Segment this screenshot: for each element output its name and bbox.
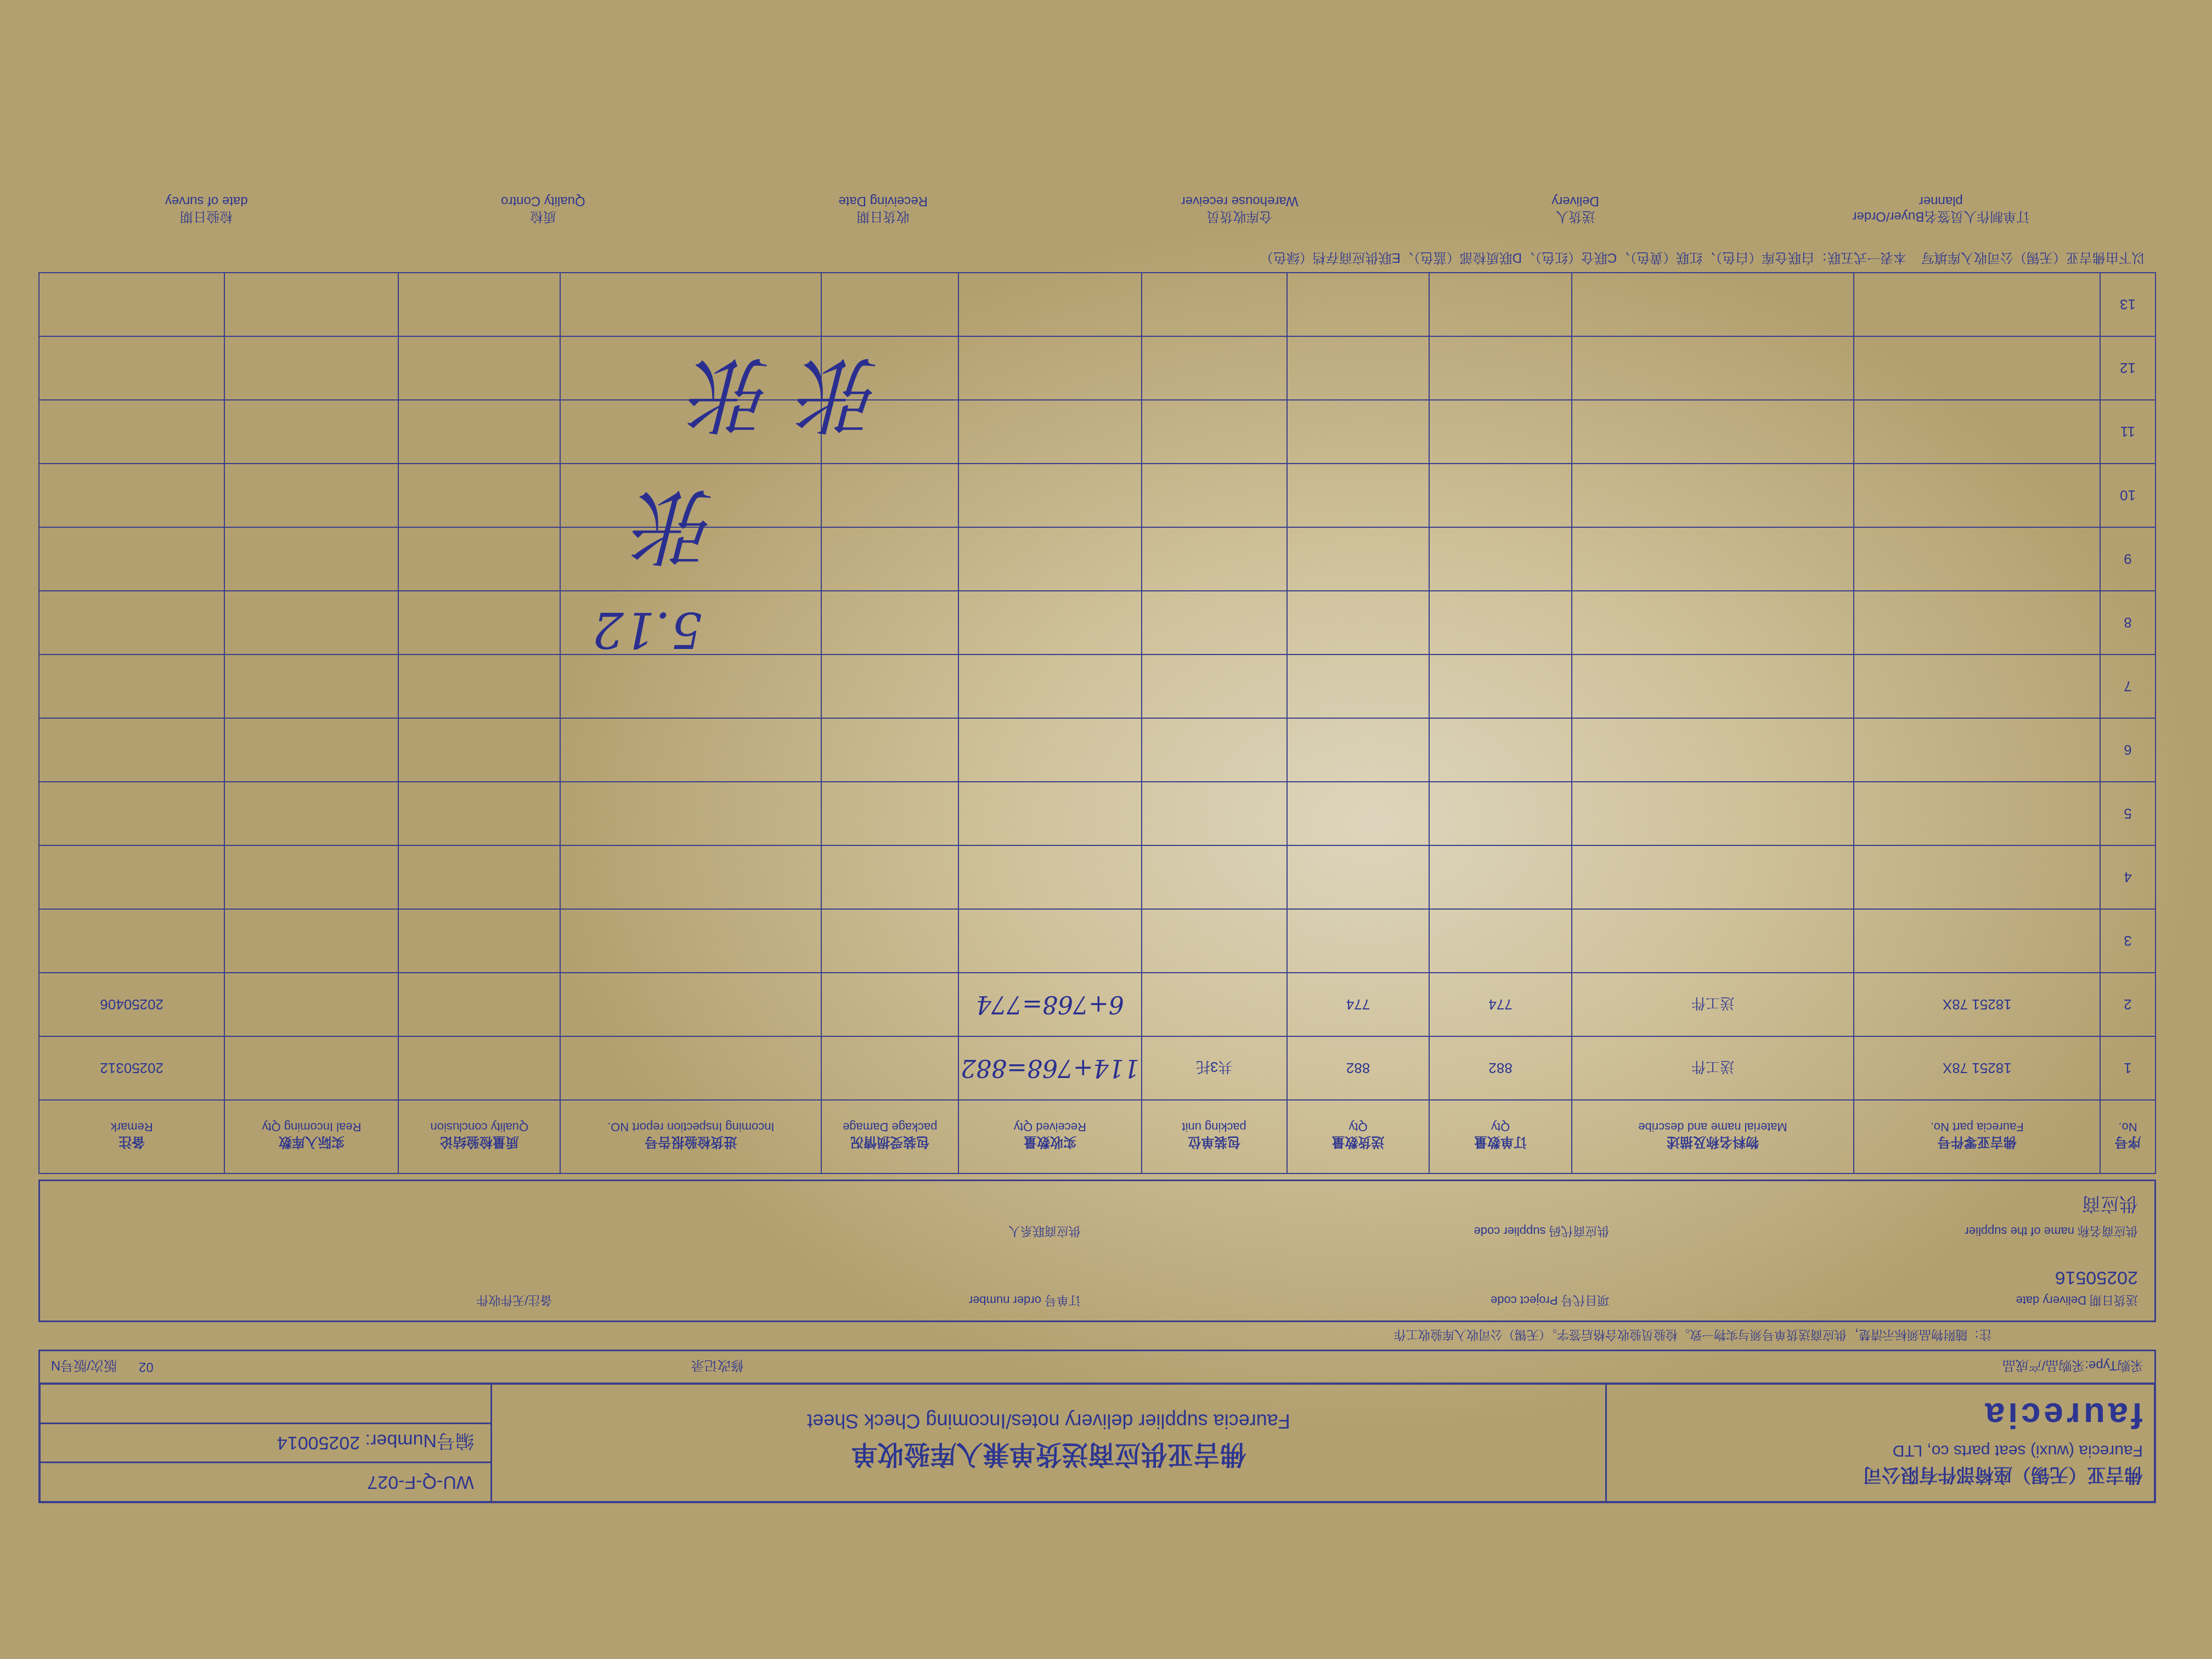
table-row: 8 [39,591,2155,654]
cell-packing [1142,845,1287,909]
column-cn: 包装单位 [1143,1135,1286,1154]
signature-field: 订单制作人员签名Buyer/Orderplanner [1852,193,2029,228]
column-cn: 进货检验报告号 [561,1135,820,1154]
form-note: 注：随附物品须标示清楚，供应商送货单号须与实物一致。检验员验收合格后签字。（无锡… [1394,1327,1991,1344]
table-header-row: 序号No.佛吉亚零件号Faurecia part No.物料名称及描述Mater… [39,1100,2155,1173]
order-number-field: 订单号 order number [569,1251,1098,1321]
cell-report [560,909,821,973]
form-reference: WU-Q-F-027 编号Number: 20250014 [41,1385,490,1501]
cell-delivery-qty [1287,527,1430,591]
table-row: 11 [39,400,2155,464]
cell-order-qty: 882 [1429,1036,1572,1100]
blank-ref [41,1385,490,1423]
column-header: 送货数量Qty [1287,1100,1430,1173]
table-row: 218251 78X送工件7747746+768=77420250406 [39,973,2155,1036]
cell-part [1854,718,2100,782]
cell-real-qty [224,400,398,464]
cell-order-qty [1429,782,1572,845]
cell-damage [821,718,958,782]
company-block: 佛吉亚（无锡）座椅部件有限公司 Faurecia (wuxi) seat par… [1605,1385,2154,1501]
version-value: 02 [128,1359,165,1375]
cell-delivery-qty: 882 [1287,1036,1430,1100]
cell-received [958,464,1141,527]
label: 供应商联系人 [585,1223,1081,1240]
cell-delivery-qty [1287,782,1430,845]
signature-row: 订单制作人员签名Buyer/Orderplanner送货人Delivery仓库收… [38,193,2156,228]
cell-real-qty [224,464,398,527]
column-en: No. [2118,1121,2137,1135]
cell-packing [1142,654,1287,718]
company-name-en: Faurecia (wuxi) seat parts co, LTD [1618,1441,2143,1460]
signature-section: 以下由佛吉亚（无锡）公司收入库填写 本表一式五联：白联仓库（白色）、红联（黄色）… [38,193,2156,274]
cell-remark [39,400,224,464]
cell-no: 9 [2100,527,2155,591]
signature-field: 仓库收货员Warehouse receiver [1181,193,1299,228]
column-cn: 送货数量 [1288,1135,1429,1154]
cell-real-qty [224,273,398,336]
column-cn: 备注 [40,1135,223,1154]
footer-note: 以下由佛吉亚（无锡）公司收入库填写 [1921,250,2145,265]
cell-order-qty [1429,654,1572,718]
column-header: 物料名称及描述Material name and describe [1572,1100,1854,1173]
column-header: 质量检验结论Quality conclusion [398,1100,560,1173]
label: 备注/无件收件 [57,1293,552,1310]
cell-material [1572,845,1854,909]
cell-report [560,782,821,845]
signature-field: 质检Quality Contro [501,193,585,228]
cell-report [560,973,821,1036]
column-header: 序号No. [2100,1100,2155,1173]
column-header: 备注Remark [39,1100,224,1173]
label: 订单号 order number [585,1293,1081,1310]
cell-quality [398,273,560,336]
cell-quality [398,591,560,654]
cell-material [1572,273,1854,336]
cell-remark [39,909,224,973]
label: 供应商代码 supplier code [1114,1223,1610,1240]
cell-order-qty: 774 [1429,973,1572,1036]
column-en: Received Qty [1014,1121,1086,1135]
cell-order-qty [1429,591,1572,654]
sig-label-en: Warehouse receiver [1181,193,1299,208]
cell-material [1572,464,1854,527]
column-header: 进货检验报告号Incoming Inspection report NO. [560,1100,821,1173]
column-en: Real Incoming Qty [262,1121,361,1135]
column-header: 包装单位packing unit [1142,1100,1287,1173]
table-row: 6 [39,718,2155,782]
sig-label-en: Delivery [1551,193,1599,208]
cell-quality [398,400,560,464]
cell-report [560,654,821,718]
cell-real-qty [224,718,398,782]
column-cn: 实收数量 [960,1135,1140,1154]
cell-part [1854,654,2100,718]
cell-remark [39,718,224,782]
cell-delivery-qty [1287,273,1430,336]
cell-packing [1142,718,1287,782]
column-en: package Damage [843,1121,937,1135]
column-en: Faurecia part No. [1931,1121,2024,1135]
column-en: packing unit [1182,1121,1246,1135]
cell-part [1854,782,2100,845]
sig-label-cn: 仓库收货员 [1181,208,1299,228]
contact-field: 供应商联系人 [569,1181,1098,1251]
cell-quality [398,973,560,1036]
cell-real-qty [224,336,398,400]
copies-text: 本表一式五联：白联仓库（白色）、红联（黄色）、C联仓（红色）、D联质检部（蓝色）… [1260,250,1907,265]
cell-order-qty [1429,909,1572,973]
column-header: 包装受损情况package Damage [821,1100,958,1173]
cell-remark [39,336,224,400]
label: 送货日期 Delivery date [1643,1293,2138,1310]
cell-packing [1142,464,1287,527]
cell-no: 12 [2100,336,2155,400]
cell-delivery-qty [1287,654,1430,718]
cell-material [1572,782,1854,845]
cell-material [1572,909,1854,973]
cell-no: 13 [2100,273,2155,336]
cell-damage [821,654,958,718]
column-cn: 质量检验结论 [399,1135,559,1154]
cell-material [1572,400,1854,464]
cell-damage [821,1036,958,1100]
cell-quality [398,654,560,718]
cell-received: 6+768=774 [958,973,1141,1036]
column-en: Incoming Inspection report NO. [607,1121,774,1135]
handwritten-signature-2: 张 [636,474,719,592]
cell-part [1854,400,2100,464]
cell-part [1854,845,2100,909]
items-table: 序号No.佛吉亚零件号Faurecia part No.物料名称及描述Mater… [38,272,2156,1174]
cell-damage [821,273,958,336]
cell-received [958,336,1141,400]
cell-material [1572,654,1854,718]
form-number: 编号Number: 20250014 [41,1423,490,1462]
cell-material [1572,336,1854,400]
column-header: 订单数量Qty [1429,1100,1572,1173]
cell-packing [1142,909,1287,973]
cell-remark [39,527,224,591]
label: 项目代号 Project code [1114,1293,1610,1310]
project-code-field: 项目代号 Project code [1097,1251,1626,1321]
cell-received [958,527,1141,591]
cell-part [1854,336,2100,400]
delivery-info: 送货日期 Delivery date20250516 项目代号 Project … [38,1180,2156,1322]
cell-material [1572,527,1854,591]
type-label: 采购Type:采购品/产成品 [1991,1357,2154,1376]
cell-order-qty [1429,336,1572,400]
table-row: 7 [39,654,2155,718]
faurecia-logo: faurecia [1618,1395,2143,1436]
cell-material [1572,591,1854,654]
cell-no: 8 [2100,591,2155,654]
cell-real-qty [224,845,398,909]
cell-packing: 共3托 [1142,1036,1287,1100]
column-header: 实收数量Received Qty [958,1100,1141,1173]
cell-material [1572,718,1854,782]
cell-no: 10 [2100,464,2155,527]
subheader: 采购Type:采购品/产成品 修改记录 02 版次/版号N [38,1350,2156,1383]
cell-real-qty [224,654,398,718]
cell-order-qty [1429,400,1572,464]
cell-remark [39,464,224,527]
supplier-code-field: 供应商代码 supplier code [1097,1181,1626,1251]
cell-packing [1142,336,1287,400]
cell-part [1854,909,2100,973]
handwritten-date: 5.12 [592,601,702,658]
cell-no: 5 [2100,782,2155,845]
cell-no: 3 [2100,909,2155,973]
company-name-cn: 佛吉亚（无锡）座椅部件有限公司 [1618,1463,2143,1490]
cell-report [560,1036,821,1100]
number-label: 编号Number: [365,1430,474,1457]
cell-no: 6 [2100,718,2155,782]
cell-quality [398,336,560,400]
column-cn: 订单数量 [1430,1135,1571,1154]
cell-quality [398,845,560,909]
cell-no: 2 [2100,973,2155,1036]
form-header: 佛吉亚（无锡）座椅部件有限公司 Faurecia (wuxi) seat par… [38,1383,2156,1503]
cell-material: 送工件 [1572,1036,1854,1100]
cell-order-qty [1429,464,1572,527]
column-header: 实际入库数Real Incoming Qty [224,1100,398,1173]
cell-damage [821,464,958,527]
cell-quality [398,1036,560,1100]
signature-field: 收货日期Receiving Date [838,193,928,228]
sig-label-en: Quality Contro [501,193,585,208]
sig-label-cn: 收货日期 [838,208,928,228]
form-title: 佛吉亚供应商送货单兼入库验收单 Faurecia supplier delive… [490,1385,1605,1501]
sig-label-cn: 送货人 [1551,208,1599,228]
sig-label-en: planner [1852,193,2029,208]
table-row: 4 [39,845,2155,909]
cell-received: 114+768=882 [958,1036,1141,1100]
cell-remark [39,782,224,845]
title-en: Faurecia supplier delivery notes/Incomin… [807,1410,1290,1433]
table-row: 9 [39,527,2155,591]
cell-real-qty [224,1036,398,1100]
title-cn: 佛吉亚供应商送货单兼入库验收单 [851,1438,1246,1476]
cell-remark [39,273,224,336]
cell-report [560,718,821,782]
remark-field: 备注/无件收件 [40,1251,569,1321]
cell-remark [39,845,224,909]
column-en: Remark [111,1121,153,1135]
cell-quality [398,718,560,782]
cell-received [958,718,1141,782]
cell-damage [821,909,958,973]
table-body: 118251 78X送工件882882共3托114+768=8822025031… [39,273,2155,1100]
cell-damage [821,527,958,591]
delivery-check-sheet: 佛吉亚（无锡）座椅部件有限公司 Faurecia (wuxi) seat par… [11,22,2178,1536]
column-cn: 包装受损情况 [822,1135,957,1154]
column-en: Quality conclusion [431,1121,529,1135]
cell-quality [398,909,560,973]
cell-delivery-qty [1287,464,1430,527]
column-en: Material name and describe [1638,1121,1787,1135]
cell-quality [398,527,560,591]
sig-label-en: date of survey [165,193,248,208]
cell-delivery-qty [1287,591,1430,654]
cell-report [560,273,821,336]
copies-note: 以下由佛吉亚（无锡）公司收入库填写 本表一式五联：白联仓库（白色）、红联（黄色）… [38,244,2156,274]
sig-label-cn: 检验日期 [165,208,248,228]
table-row: 13 [39,273,2155,336]
column-header: 佛吉亚零件号Faurecia part No. [1854,1100,2100,1173]
cell-order-qty [1429,718,1572,782]
form-code: WU-Q-F-027 [41,1462,490,1501]
cell-received [958,654,1141,718]
column-cn: 序号 [2101,1135,2154,1154]
cell-delivery-qty [1287,400,1430,464]
cell-part [1854,591,2100,654]
cell-no: 7 [2100,654,2155,718]
cell-no: 4 [2100,845,2155,909]
cell-real-qty [224,527,398,591]
blank-field [40,1181,569,1251]
cell-packing [1142,527,1287,591]
cell-part [1854,273,2100,336]
cell-order-qty [1429,527,1572,591]
sig-label-en: Receiving Date [838,193,928,208]
label: 供应商名称 name of the supplier [1643,1223,2138,1240]
cell-part: 18251 78X [1854,1036,2100,1100]
delivery-date-field: 送货日期 Delivery date20250516 [1626,1251,2155,1321]
supplier-name-field: 供应商名称 name of the supplier供应商 [1626,1181,2155,1251]
cell-damage [821,591,958,654]
cell-received [958,845,1141,909]
cell-remark: 20250406 [39,973,224,1036]
column-en: Qty [1348,1121,1367,1135]
cell-real-qty [224,591,398,654]
cell-no: 11 [2100,400,2155,464]
version-label: 版次/版号N [40,1357,128,1376]
cell-damage [821,973,958,1036]
cell-received [958,591,1141,654]
cell-part [1854,527,2100,591]
column-cn: 实际入库数 [225,1135,397,1154]
cell-received [958,400,1141,464]
revision-label: 修改记录 [680,1357,755,1376]
sig-label-cn: 订单制作人员签名Buyer/Order [1852,208,2029,228]
cell-delivery-qty [1287,718,1430,782]
cell-report [560,845,821,909]
cell-order-qty [1429,273,1572,336]
cell-part [1854,464,2100,527]
cell-delivery-qty: 774 [1287,973,1430,1036]
cell-packing [1142,973,1287,1036]
cell-no: 1 [2100,1036,2155,1100]
cell-real-qty [224,909,398,973]
value: 供应商 [1643,1192,2138,1219]
cell-packing [1142,273,1287,336]
column-cn: 物料名称及描述 [1573,1135,1853,1154]
cell-quality [398,782,560,845]
cell-packing [1142,782,1287,845]
cell-damage [821,782,958,845]
cell-packing [1142,400,1287,464]
table-row: 5 [39,782,2155,845]
cell-quality [398,464,560,527]
table-row: 118251 78X送工件882882共3托114+768=8822025031… [39,1036,2155,1100]
table-row: 3 [39,909,2155,973]
cell-order-qty [1429,845,1572,909]
cell-packing [1142,591,1287,654]
cell-received [958,909,1141,973]
sig-label-cn: 质检 [501,208,585,228]
cell-real-qty [224,782,398,845]
cell-material: 送工件 [1572,973,1854,1036]
number-value: 20250014 [277,1432,360,1454]
table-row: 12 [39,336,2155,400]
cell-damage [821,845,958,909]
cell-received [958,273,1141,336]
cell-remark: 20250312 [39,1036,224,1100]
table-row: 10 [39,464,2155,527]
column-en: Qty [1491,1121,1510,1135]
cell-delivery-qty [1287,909,1430,973]
cell-delivery-qty [1287,336,1430,400]
cell-received [958,782,1141,845]
cell-delivery-qty [1287,845,1430,909]
cell-real-qty [224,973,398,1036]
value: 20250516 [1643,1267,2138,1288]
column-cn: 佛吉亚零件号 [1855,1135,2099,1154]
cell-remark [39,591,224,654]
signature-field: 送货人Delivery [1551,193,1599,228]
signature-field: 检验日期date of survey [165,193,248,228]
cell-part: 18251 78X [1854,973,2100,1036]
cell-remark [39,654,224,718]
handwritten-signature: 张 张 [692,342,883,461]
